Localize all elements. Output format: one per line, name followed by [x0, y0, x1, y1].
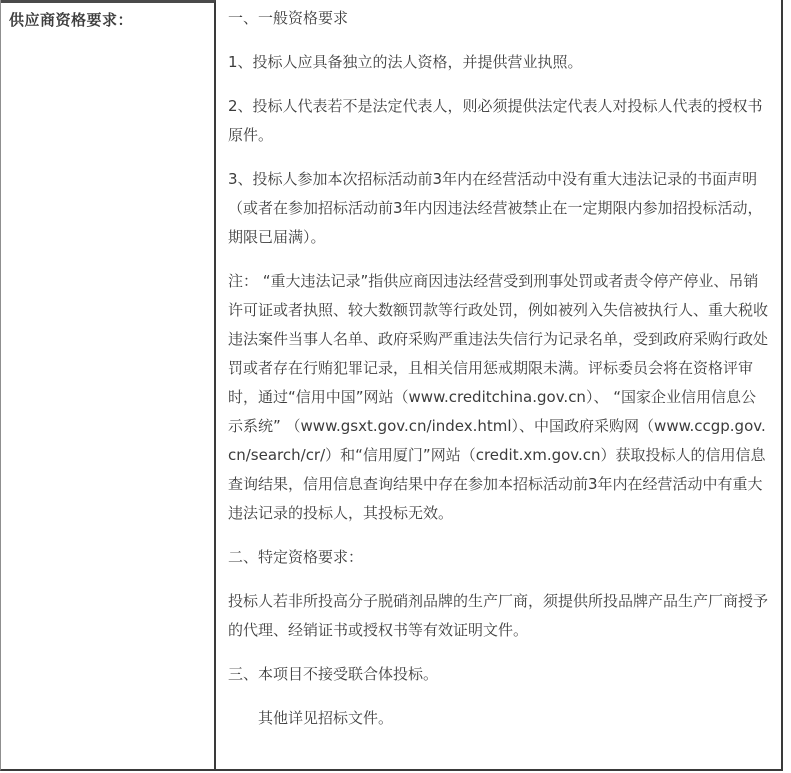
paragraph-item-2: 2、投标人代表若不是法定代表人，则必须提供法定代表人对投标人代表的授权书原件。	[228, 92, 769, 150]
document-page: 供应商资格要求： 一、一般资格要求 1、投标人应具备独立的法人资格，并提供营业执…	[0, 0, 791, 773]
supplier-qualification-table-row: 供应商资格要求： 一、一般资格要求 1、投标人应具备独立的法人资格，并提供营业执…	[0, 0, 783, 771]
row-label-cell: 供应商资格要求：	[1, 0, 216, 769]
paragraph-specific-requirements-heading: 二、特定资格要求：	[228, 543, 769, 572]
paragraph-manufacturer-authorization: 投标人若非所投高分子脱硝剂品牌的生产厂商，须提供所投品牌产品生产厂商授予的代理、…	[228, 587, 769, 645]
paragraph-note-major-violation: 注： “重大违法记录”指供应商因违法经营受到刑事处罚或者责令停产停业、吊销许可证…	[228, 267, 769, 528]
row-content-cell: 一、一般资格要求 1、投标人应具备独立的法人资格，并提供营业执照。 2、投标人代…	[216, 0, 781, 769]
row-label: 供应商资格要求：	[9, 11, 133, 29]
paragraph-no-consortium-bids: 三、本项目不接受联合体投标。	[228, 660, 769, 689]
paragraph-see-tender-documents: 其他详见招标文件。	[228, 704, 769, 733]
paragraph-general-requirements-heading: 一、一般资格要求	[228, 4, 769, 33]
paragraph-item-1: 1、投标人应具备独立的法人资格，并提供营业执照。	[228, 48, 769, 77]
paragraph-item-3: 3、投标人参加本次招标活动前3年内在经营活动中没有重大违法记录的书面声明（或者在…	[228, 165, 769, 252]
